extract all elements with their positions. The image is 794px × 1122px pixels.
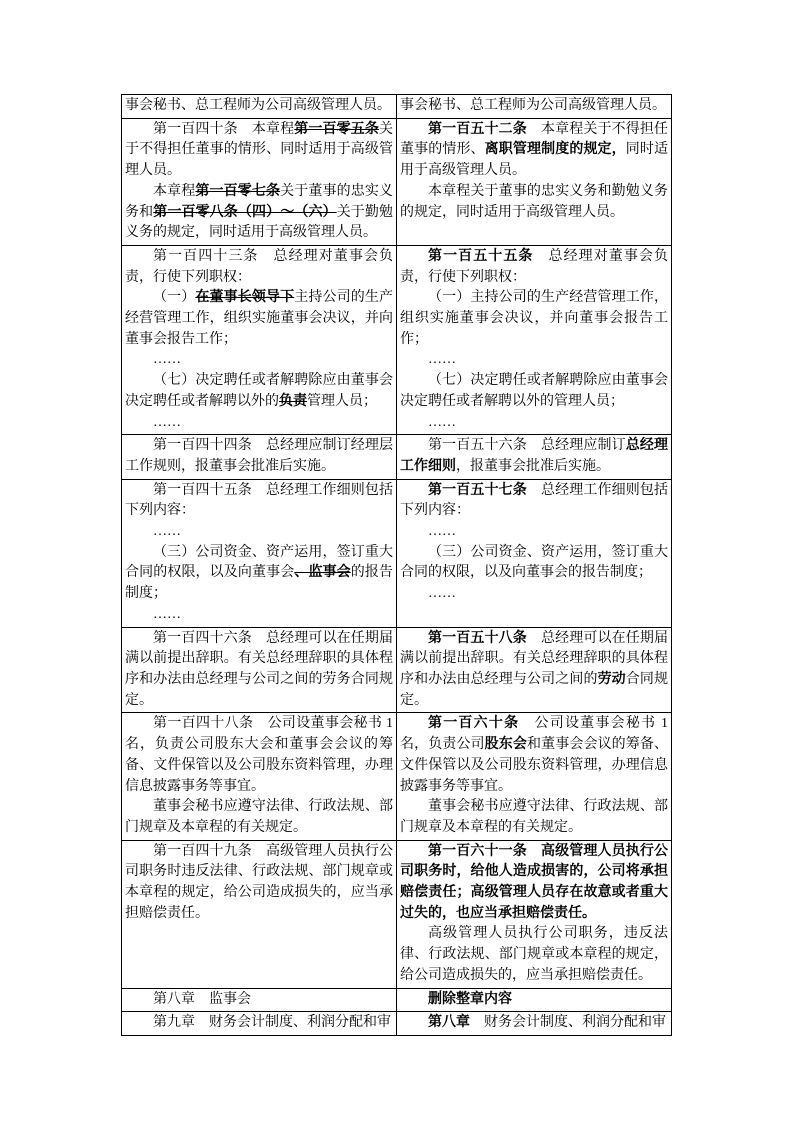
text-run: …… <box>428 352 456 367</box>
paragraph: （三）公司资金、资产运用，签订重大合同的权限，以及向董事会的报告制度； <box>400 543 668 584</box>
paragraph: …… <box>400 350 668 371</box>
paragraph: …… <box>125 605 393 626</box>
paragraph: （一）在董事长领导下主持公司的生产经营管理工作，组织实施董事会决议，并向董事会报… <box>125 288 393 350</box>
text-run: 劳动 <box>598 672 626 687</box>
text-run: 第一百零八条（四）～（六） <box>153 205 336 220</box>
text-run: 第一百四十条 本章程 <box>153 122 294 137</box>
old-version-cell: 第九章 财务会计制度、利润分配和审 <box>122 1012 397 1036</box>
text-run: 第一百零五条 <box>294 122 379 137</box>
old-version-cell: 第一百四十条 本章程第一百零五条关于不得担任董事的情形、同时适用于高级管理人员。… <box>122 118 397 245</box>
text-run: …… <box>428 524 456 539</box>
new-version-cell: 事会秘书、总工程师为公司高级管理人员。 <box>397 95 672 119</box>
paragraph: …… <box>400 584 668 605</box>
text-run: 第一百五十五条 <box>428 249 533 264</box>
paragraph: …… <box>125 350 393 371</box>
text-run: 本章程 <box>153 184 195 199</box>
table-row: 第一百四十条 本章程第一百零五条关于不得担任董事的情形、同时适用于高级管理人员。… <box>122 118 672 245</box>
paragraph: …… <box>125 413 393 434</box>
text-run: 第一百五十六条 总经理应制订 <box>428 438 626 453</box>
table-row: 第一百四十八条 公司设董事会秘书 1名，负责公司股东大会和董事会会议的筹备、文件… <box>122 713 672 840</box>
text-run: 董事会秘书应遵守法律、行政法规、部门规章及本章程的有关规定。 <box>125 799 393 835</box>
paragraph: （七）决定聘任或者解聘除应由董事会决定聘任或者解聘以外的管理人员； <box>400 371 668 412</box>
text-run: 本章程关于董事的忠实义务和勤勉义务的规定，同时适用于高级管理人员。 <box>400 184 668 220</box>
text-run: 第一百六十一条 高级管理人员执行公司职务时，给他人造成损害的，公司将承担赔偿责任… <box>400 844 668 921</box>
text-run: 管理人员； <box>307 394 377 409</box>
text-run: （一）主持公司的生产经营管理工作，组织实施董事会决议，并向董事会报告工作； <box>400 290 668 346</box>
paragraph: 第一百四十三条 总经理对董事会负责，行使下列职权： <box>125 247 393 288</box>
text-run: …… <box>428 586 456 601</box>
text-run: 股东会 <box>485 737 527 752</box>
new-version-cell: 第一百六十一条 高级管理人员执行公司职务时，给他人造成损害的，公司将承担赔偿责任… <box>397 840 672 988</box>
table-row: 第一百四十九条 高级管理人员执行公司职务时违反法律、行政法规、部门规章或本章程的… <box>122 840 672 988</box>
text-run: （七）决定聘任或者解聘除应由董事会决定聘任或者解聘以外的管理人员； <box>400 373 668 409</box>
text-run: 、监事会 <box>294 565 350 580</box>
text-run: 删除整章内容 <box>428 992 512 1007</box>
text-run: 第一百六十条 <box>428 716 519 731</box>
table-row: 第一百四十五条 总经理工作细则包括下列内容：……（三）公司资金、资产运用，签订重… <box>122 479 672 627</box>
text-run: 董事会秘书应遵守法律、行政法规、部门规章及本章程的有关规定。 <box>400 799 668 835</box>
text-run: 离职管理制度的规定， <box>485 142 626 157</box>
paragraph: （三）公司资金、资产运用，签订重大合同的权限，以及向董事会、监事会的报告制度； <box>125 543 393 605</box>
text-run: 负责 <box>279 394 307 409</box>
paragraph: 第一百四十九条 高级管理人员执行公司职务时违反法律、行政法规、部门规章或本章程的… <box>125 842 393 925</box>
text-run: 第一百四十八条 公司设董事会秘书 1名，负责公司股东大会和董事会会议的筹备、文件… <box>125 716 393 793</box>
table-row: 第一百四十四条 总经理应制订经理层工作规则，报董事会批准后实施。 第一百五十六条… <box>122 435 672 479</box>
new-version-cell: 第一百五十二条 本章程关于不得担任董事的情形、离职管理制度的规定，同时适用于高级… <box>397 118 672 245</box>
new-version-cell: 第八章 财务会计制度、利润分配和审 <box>397 1012 672 1036</box>
old-version-cell: 事会秘书、总工程师为公司高级管理人员。 <box>122 95 397 119</box>
old-version-cell: 第一百四十六条 总经理可以在任期届满以前提出辞职。有关总经理辞职的具体程序和办法… <box>122 627 397 713</box>
paragraph: 本章程第一百零七条关于董事的忠实义务和第一百零八条（四）～（六）关于勤勉义务的规… <box>125 182 393 244</box>
old-version-cell: 第一百四十三条 总经理对董事会负责，行使下列职权：（一）在董事长领导下主持公司的… <box>122 245 397 434</box>
text-run: …… <box>153 607 181 622</box>
text-run: 第一百五十二条 <box>428 122 527 137</box>
table-row: 第一百四十三条 总经理对董事会负责，行使下列职权：（一）在董事长领导下主持公司的… <box>122 245 672 434</box>
text-run: ，报董事会批准后实施。 <box>456 459 610 474</box>
text-run: 第一百四十六条 总经理可以在任期届满以前提出辞职。有关总经理辞职的具体程序和办法… <box>125 631 393 708</box>
text-run: …… <box>428 415 456 430</box>
paragraph: 第一百四十四条 总经理应制订经理层工作规则，报董事会批准后实施。 <box>125 436 393 477</box>
paragraph: 第一百五十七条 总经理工作细则包括下列内容： <box>400 481 668 522</box>
new-version-cell: 第一百五十七条 总经理工作细则包括下列内容：……（三）公司资金、资产运用，签订重… <box>397 479 672 627</box>
new-version-cell: 第一百五十六条 总经理应制订总经理工作细则，报董事会批准后实施。 <box>397 435 672 479</box>
paragraph: …… <box>125 522 393 543</box>
table-row: 第一百四十六条 总经理可以在任期届满以前提出辞职。有关总经理辞职的具体程序和办法… <box>122 627 672 713</box>
text-run: 第一百五十七条 <box>428 483 527 498</box>
paragraph: 第一百五十八条 总经理可以在任期届满以前提出辞职。有关总经理辞职的具体程序和办法… <box>400 629 668 712</box>
document-page: 事会秘书、总工程师为公司高级管理人员。 事会秘书、总工程师为公司高级管理人员。 … <box>0 0 794 1122</box>
paragraph: …… <box>400 522 668 543</box>
paragraph: 第一百六十一条 高级管理人员执行公司职务时，给他人造成损害的，公司将承担赔偿责任… <box>400 842 668 925</box>
paragraph: 第一百四十条 本章程第一百零五条关于不得担任董事的情形、同时适用于高级管理人员。 <box>125 120 393 182</box>
paragraph: 高级管理人员执行公司职务，违反法律、行政法规、部门规章或本章程的规定，给公司造成… <box>400 924 668 986</box>
comparison-table-body: 事会秘书、总工程师为公司高级管理人员。 事会秘书、总工程师为公司高级管理人员。 … <box>122 95 672 1036</box>
paragraph: 董事会秘书应遵守法律、行政法规、部门规章及本章程的有关规定。 <box>125 797 393 838</box>
old-version-cell: 第一百四十五条 总经理工作细则包括下列内容：……（三）公司资金、资产运用，签订重… <box>122 479 397 627</box>
text-run: 第一百四十九条 高级管理人员执行公司职务时违反法律、行政法规、部门规章或本章程的… <box>125 844 393 921</box>
paragraph: 第一百五十六条 总经理应制订总经理工作细则，报董事会批准后实施。 <box>400 436 668 477</box>
paragraph: 第九章 财务会计制度、利润分配和审 <box>125 1013 393 1034</box>
text-run: 第八章 <box>428 1015 470 1030</box>
paragraph: 第一百五十二条 本章程关于不得担任董事的情形、离职管理制度的规定，同时适用于高级… <box>400 120 668 182</box>
paragraph: 第一百五十五条 总经理对董事会负责，行使下列职权： <box>400 247 668 288</box>
paragraph: 第一百四十五条 总经理工作细则包括下列内容： <box>125 481 393 522</box>
text-run: 财务会计制度、利润分配和审 <box>470 1015 666 1030</box>
text-run: 第八章 监事会 <box>153 992 251 1007</box>
paragraph: …… <box>400 413 668 434</box>
new-version-cell: 第一百五十五条 总经理对董事会负责，行使下列职权：（一）主持公司的生产经营管理工… <box>397 245 672 434</box>
text-run: …… <box>153 415 181 430</box>
text-run: …… <box>153 352 181 367</box>
table-row: 第八章 监事会 删除整章内容 <box>122 988 672 1012</box>
paragraph: 事会秘书、总工程师为公司高级管理人员。 <box>125 96 393 117</box>
new-version-cell: 第一百六十条 公司设董事会秘书 1名，负责公司股东会和董事会会议的筹备、文件保管… <box>397 713 672 840</box>
text-run: 第一百零七条 <box>195 184 280 199</box>
text-run: 在董事长领导下 <box>195 290 294 305</box>
paragraph: 删除整章内容 <box>400 990 668 1011</box>
text-run: 事会秘书、总工程师为公司高级管理人员。 <box>125 98 391 113</box>
text-run: 第一百四十五条 总经理工作细则包括下列内容： <box>125 483 393 519</box>
paragraph: 第一百四十六条 总经理可以在任期届满以前提出辞职。有关总经理辞职的具体程序和办法… <box>125 629 393 712</box>
text-run: 第一百四十四条 总经理应制订经理层工作规则，报董事会批准后实施。 <box>125 438 393 474</box>
table-row: 第九章 财务会计制度、利润分配和审 第八章 财务会计制度、利润分配和审 <box>122 1012 672 1036</box>
text-run: 第一百五十八条 <box>428 631 527 646</box>
paragraph: 第一百四十八条 公司设董事会秘书 1名，负责公司股东大会和董事会会议的筹备、文件… <box>125 714 393 797</box>
old-version-cell: 第八章 监事会 <box>122 988 397 1012</box>
old-version-cell: 第一百四十九条 高级管理人员执行公司职务时违反法律、行政法规、部门规章或本章程的… <box>122 840 397 988</box>
text-run: （一） <box>153 290 195 305</box>
paragraph: 董事会秘书应遵守法律、行政法规、部门规章及本章程的有关规定。 <box>400 797 668 838</box>
text-run: …… <box>153 524 181 539</box>
new-version-cell: 第一百五十八条 总经理可以在任期届满以前提出辞职。有关总经理辞职的具体程序和办法… <box>397 627 672 713</box>
paragraph: 本章程关于董事的忠实义务和勤勉义务的规定，同时适用于高级管理人员。 <box>400 182 668 223</box>
paragraph: 第八章 财务会计制度、利润分配和审 <box>400 1013 668 1034</box>
text-run: 第九章 财务会计制度、利润分配和审 <box>153 1015 391 1030</box>
paragraph: 第一百六十条 公司设董事会秘书 1名，负责公司股东会和董事会会议的筹备、文件保管… <box>400 714 668 797</box>
comparison-table: 事会秘书、总工程师为公司高级管理人员。 事会秘书、总工程师为公司高级管理人员。 … <box>121 94 672 1036</box>
old-version-cell: 第一百四十八条 公司设董事会秘书 1名，负责公司股东大会和董事会会议的筹备、文件… <box>122 713 397 840</box>
text-run: 第一百四十三条 总经理对董事会负责，行使下列职权： <box>125 249 393 285</box>
text-run: 高级管理人员执行公司职务，违反法律、行政法规、部门规章或本章程的规定，给公司造成… <box>400 926 668 982</box>
text-run: （三）公司资金、资产运用，签订重大合同的权限，以及向董事会的报告制度； <box>400 545 668 581</box>
table-row: 事会秘书、总工程师为公司高级管理人员。 事会秘书、总工程师为公司高级管理人员。 <box>122 95 672 119</box>
new-version-cell: 删除整章内容 <box>397 988 672 1012</box>
paragraph: 第八章 监事会 <box>125 990 393 1011</box>
text-run: 事会秘书、总工程师为公司高级管理人员。 <box>400 98 666 113</box>
paragraph: 事会秘书、总工程师为公司高级管理人员。 <box>400 96 668 117</box>
old-version-cell: 第一百四十四条 总经理应制订经理层工作规则，报董事会批准后实施。 <box>122 435 397 479</box>
paragraph: （七）决定聘任或者解聘除应由董事会决定聘任或者解聘以外的负责管理人员； <box>125 371 393 412</box>
paragraph: （一）主持公司的生产经营管理工作，组织实施董事会决议，并向董事会报告工作； <box>400 288 668 350</box>
